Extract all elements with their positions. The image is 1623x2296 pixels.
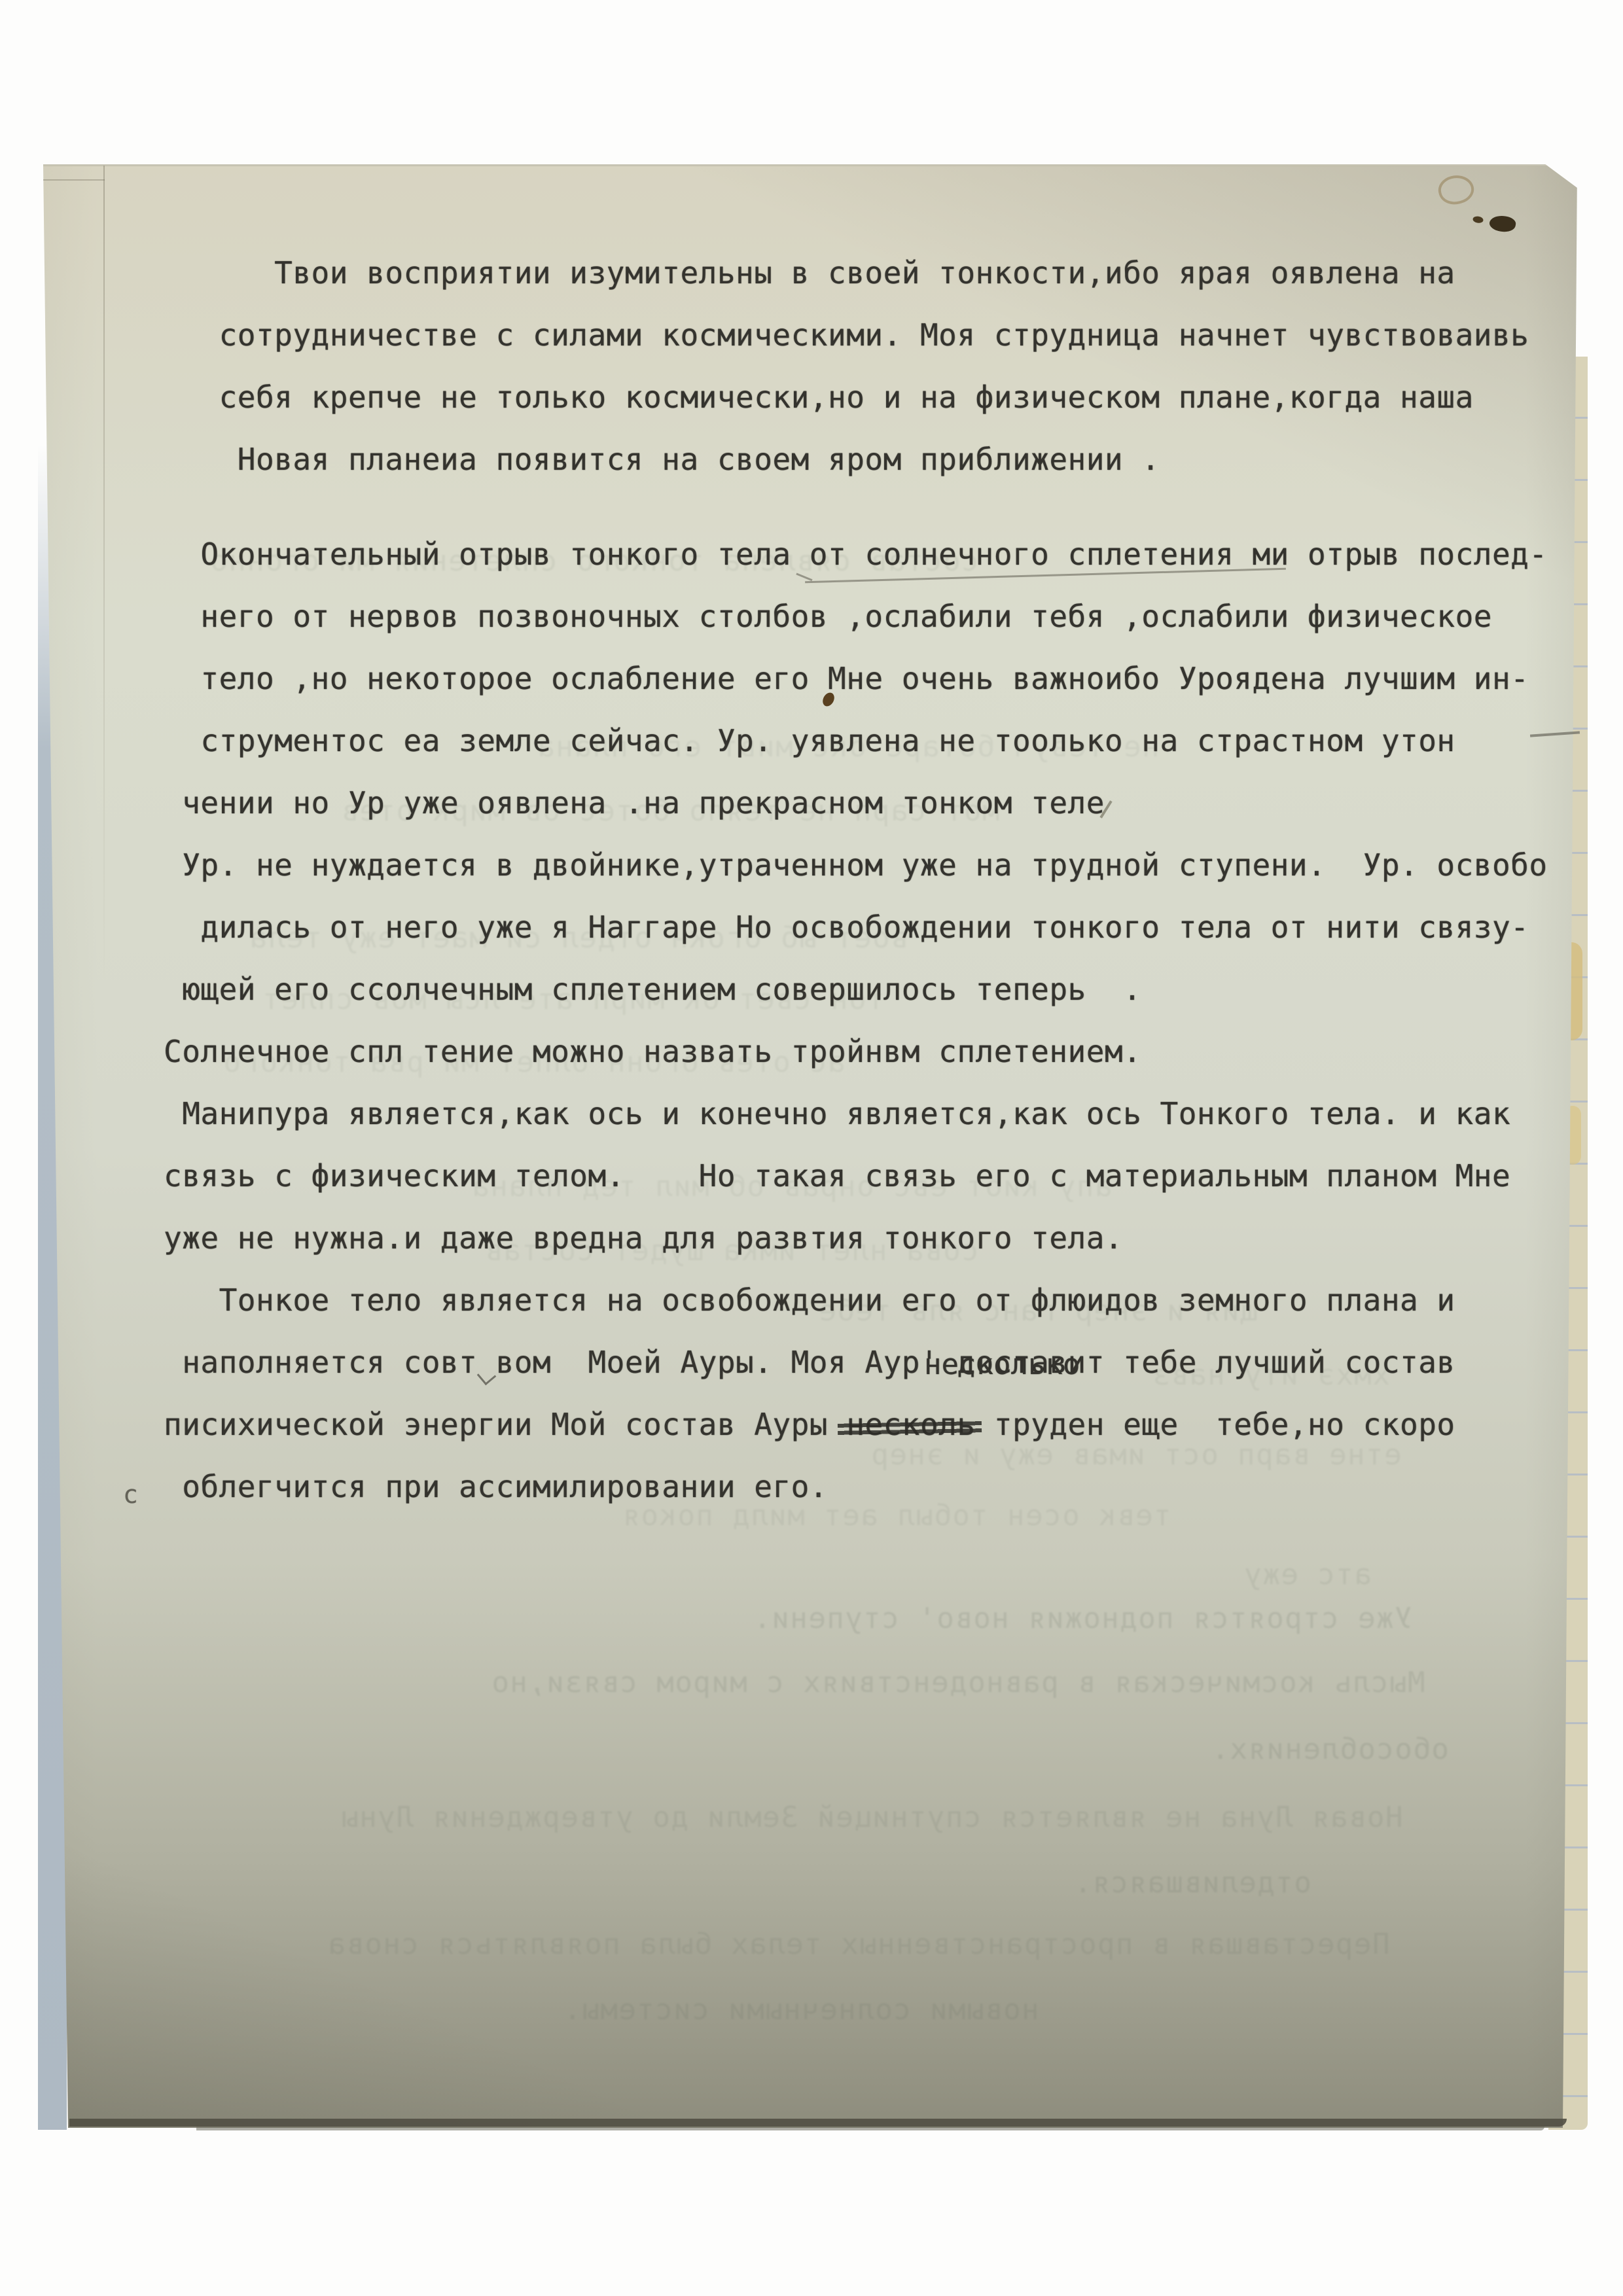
typed-line: Новая планеиа появится на своем яром при… xyxy=(164,429,1548,491)
undersheet-top-edge xyxy=(43,179,105,181)
interlinear-insertion: несколько xyxy=(924,1351,1080,1379)
typed-line: чении но Ур уже оявлена .на прекрасном т… xyxy=(164,772,1548,834)
page-stack-bottom-edge xyxy=(196,2127,1544,2130)
typed-line: сотрудничестве с силами космическими. Мо… xyxy=(164,304,1548,366)
typed-line: него от нервов позвоночных столбов ,осла… xyxy=(164,586,1548,648)
typed-line: Ур. не нуждается в двойнике,утраченном у… xyxy=(164,834,1548,896)
typed-line: облегчится при ассимилировании его. xyxy=(164,1456,1548,1518)
ghost-line: новыми солнечными системы. xyxy=(563,1996,1039,2024)
ghost-line: обособлениях. xyxy=(1211,1735,1449,1764)
ghost-line: Уже строятся подножия ново' ступени. xyxy=(753,1604,1412,1633)
typed-line: Твои восприятии изумительны в своей тонк… xyxy=(164,242,1548,304)
strikethrough-mark xyxy=(838,1417,982,1438)
typed-line: ющей его ссолчечным сплетением совершило… xyxy=(164,959,1548,1021)
ghost-line: атс ежу xyxy=(1243,1561,1372,1589)
typed-line: дилась от него уже я Наггаре Но освобожд… xyxy=(164,896,1548,959)
typed-line: струментос еа земле сейчас. Ур. уявлена … xyxy=(164,710,1548,772)
page-stack-bottom-edge xyxy=(69,2119,1567,2127)
undersheet-seam xyxy=(103,166,105,983)
ghost-line: Переставшая в пространственных телах был… xyxy=(327,1930,1389,1959)
typed-line xyxy=(164,491,1548,523)
typed-line: Манипура является,как ось и конечно явля… xyxy=(164,1083,1548,1145)
ghost-line: отделившаяся. xyxy=(1073,1869,1311,1898)
typed-text-block: Твои восприятии изумительны в своей тонк… xyxy=(164,242,1548,1518)
typed-line: связь с физическим телом. Но такая связь… xyxy=(164,1145,1548,1207)
typed-line: Окончательный отрыв тонкого тела от солн… xyxy=(164,523,1548,586)
ghost-line: Новая Луна не является спутницей Земли д… xyxy=(340,1803,1402,1832)
typed-line: уже не нужна.и даже вредна для развтия т… xyxy=(164,1207,1548,1269)
typed-line: Солнечное спл тение можно назвать тройнв… xyxy=(164,1021,1548,1083)
scanned-document: состав оявлена тонкого сплетения ми огон… xyxy=(0,0,1623,2296)
ghost-line: Мысль космическая в равноденствиях с мир… xyxy=(491,1669,1425,1697)
typed-line: наполняется совт вом Моей Ауры. Моя Аур'… xyxy=(164,1332,1548,1394)
typed-line: тело ,но некоторое ослабление его Мне оч… xyxy=(164,648,1548,710)
paper-top-edge xyxy=(43,164,1577,166)
typed-line: Тонкое тело является на освобождении его… xyxy=(164,1269,1548,1332)
margin-mark: с xyxy=(123,1480,138,1509)
typed-line: себя крепче не только космически,но и на… xyxy=(164,366,1548,429)
